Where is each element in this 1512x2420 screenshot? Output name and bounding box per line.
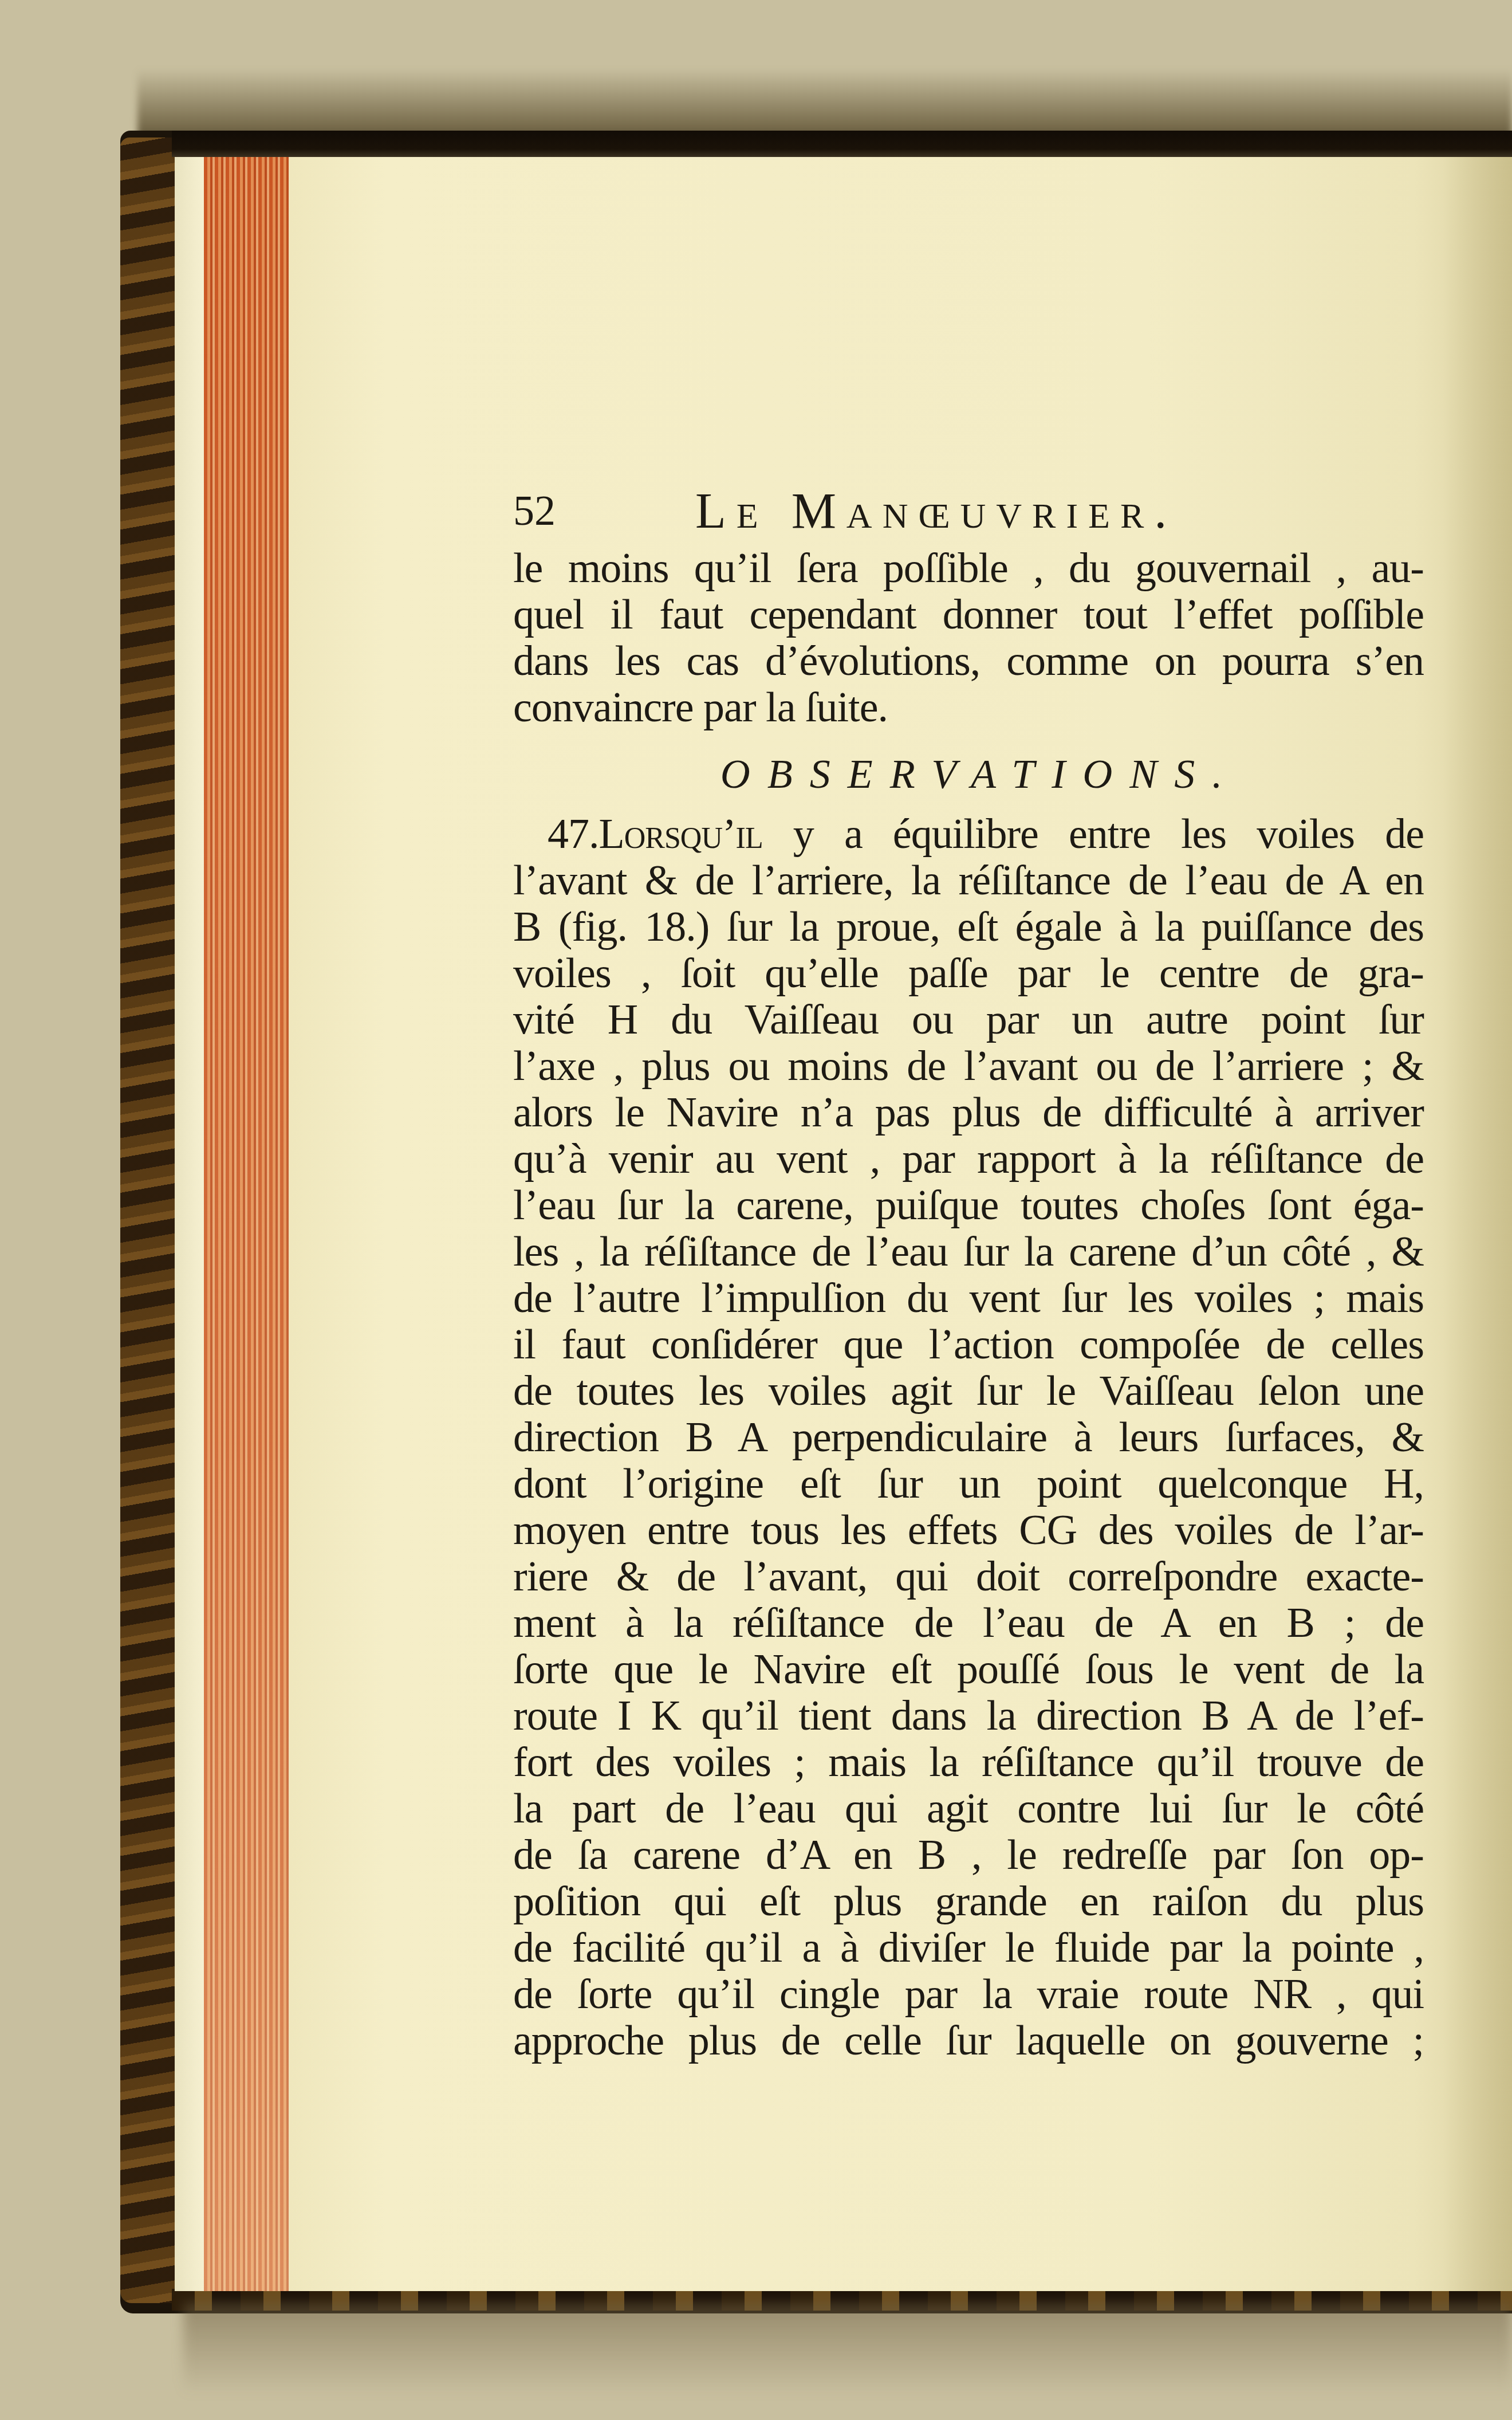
section-heading: OBSERVATIONS. xyxy=(513,737,1424,811)
text-line: moyen entre tous les effets CG des voile… xyxy=(513,1507,1424,1554)
book-page: 52 Le Manœuvrier. le moins qu’il ſera po… xyxy=(289,157,1512,2291)
text-line: poſition qui eſt plus grande en raiſon d… xyxy=(513,1879,1424,1925)
text-block: 52 Le Manœuvrier. le moins qu’il ſera po… xyxy=(513,329,1424,2064)
paragraph-lead: Lorsqu’il xyxy=(599,811,763,858)
text-line: de toutes les voiles agit ſur le Vaiſſea… xyxy=(513,1368,1424,1415)
text-line: route I K qu’il tient dans la direction … xyxy=(513,1693,1424,1739)
text-line: il faut conſidérer que l’action compoſée… xyxy=(513,1322,1424,1368)
text-line: ment à la réſiſtance de l’eau de A en B … xyxy=(513,1600,1424,1647)
paragraph-47: 47.Lorsqu’il y a équilibre entre les voi… xyxy=(513,811,1424,2064)
running-head: 52 Le Manœuvrier. xyxy=(513,482,1424,545)
text-line: alors le Navire n’a pas plus de difficul… xyxy=(513,1090,1424,1136)
text-line: dans les cas d’évolutions, comme on pour… xyxy=(513,638,1424,685)
text-line: 47.Lorsqu’il y a équilibre entre les voi… xyxy=(513,811,1424,858)
text-run: y a équilibre entre les voiles de xyxy=(763,811,1424,858)
text-line: fort des voiles ; mais la réſiſtance qu’… xyxy=(513,1739,1424,1786)
text-line: qu’à venir au vent , par rapport à la ré… xyxy=(513,1136,1424,1182)
continuation-text: le moins qu’il ſera poſſible , du gouver… xyxy=(513,545,1424,731)
running-title: Le Manœuvrier. xyxy=(695,482,1177,540)
text-line: riere & de l’avant, qui doit correſpondr… xyxy=(513,1554,1424,1600)
book-cover-top-board xyxy=(172,131,1512,157)
red-sprinkled-page-edge xyxy=(204,157,289,2291)
flyleaf-edge xyxy=(175,157,206,2291)
text-line: B (fig. 18.) ſur la proue, eſt égale à l… xyxy=(513,904,1424,950)
scan-shadow-bottom xyxy=(183,2303,1512,2395)
book-cover-edge xyxy=(120,137,178,2303)
text-line: ſorte que le Navire eſt pouſſé ſous le v… xyxy=(513,1647,1424,1693)
text-line: vité H du Vaiſſeau ou par un autre point… xyxy=(513,997,1424,1043)
text-line: quel il faut cependant donner tout l’eff… xyxy=(513,592,1424,638)
text-line: approche plus de celle ſur laquelle on g… xyxy=(513,2018,1424,2064)
text-line: l’eau ſur la carene, puiſque toutes choſ… xyxy=(513,1182,1424,1229)
paragraph-number: 47. xyxy=(548,811,599,858)
text-line: voiles , ſoit qu’elle paſſe par le centr… xyxy=(513,950,1424,997)
text-line: de ſorte qu’il cingle par la vraie route… xyxy=(513,1971,1424,2018)
text-line: de l’autre l’impulſion du vent ſur les v… xyxy=(513,1275,1424,1322)
text-line: dont l’origine eſt ſur un point quelconq… xyxy=(513,1461,1424,1507)
text-line: la part de l’eau qui agit contre lui ſur… xyxy=(513,1786,1424,1832)
text-line: convaincre par la ſuite. xyxy=(513,685,1424,731)
text-line: l’axe , plus ou moins de l’avant ou de l… xyxy=(513,1043,1424,1090)
text-line: les , la réſiſtance de l’eau ſur la care… xyxy=(513,1229,1424,1275)
text-line: le moins qu’il ſera poſſible , du gouver… xyxy=(513,545,1424,592)
text-line: l’avant & de l’arriere, la réſiſtance de… xyxy=(513,858,1424,904)
page-gutter-shading xyxy=(1443,157,1512,2291)
text-line: de facilité qu’il a à diviſer le fluide … xyxy=(513,1925,1424,1971)
page-number: 52 xyxy=(513,487,556,536)
text-line: de ſa carene d’A en B , le redreſſe par … xyxy=(513,1832,1424,1879)
text-line: direction B A perpendiculaire à leurs ſu… xyxy=(513,1415,1424,1461)
